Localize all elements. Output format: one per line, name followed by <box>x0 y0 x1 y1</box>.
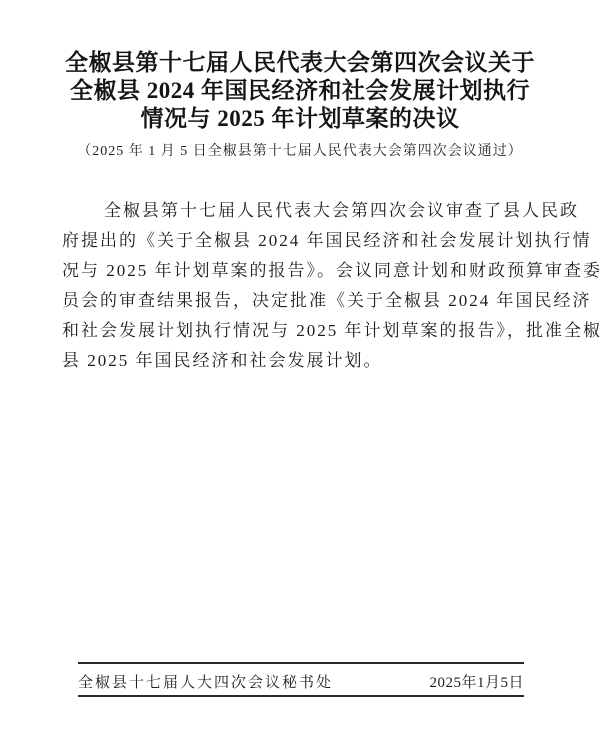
footer-date: 2025年1月5日 <box>429 671 524 692</box>
title-line-3: 情况与 2025 年计划草案的决议 <box>0 105 600 133</box>
body-line-3: 况与 2025 年计划草案的报告》。会议同意计划和财政预算审查委 <box>62 256 529 286</box>
footer-issuer: 全椒县十七届人大四次会议秘书处 <box>78 671 333 692</box>
body-line-6: 县 2025 年国民经济和社会发展计划。 <box>62 346 529 376</box>
body-line-5: 和社会发展计划执行情况与 2025 年计划草案的报告》，批准全椒 <box>62 316 529 346</box>
body-line-1: 全椒县第十七届人民代表大会第四次会议审查了县人民政 <box>62 196 529 226</box>
body-line-2: 府提出的《关于全椒县 2024 年国民经济和社会发展计划执行情 <box>62 226 529 256</box>
document-title: 全椒县第十七届人民代表大会第四次会议关于 全椒县 2024 年国民经济和社会发展… <box>0 0 600 133</box>
footer: 全椒县十七届人大四次会议秘书处 2025年1月5日 <box>78 662 524 697</box>
body-line-4: 员会的审查结果报告，决定批准《关于全椒县 2024 年国民经济 <box>62 286 529 316</box>
footer-signature-line: 全椒县十七届人大四次会议秘书处 2025年1月5日 <box>78 664 524 697</box>
title-line-2: 全椒县 2024 年国民经济和社会发展计划执行 <box>0 77 600 105</box>
body-paragraph: 全椒县第十七届人民代表大会第四次会议审查了县人民政 府提出的《关于全椒县 202… <box>62 196 529 376</box>
adoption-note: （2025 年 1 月 5 日全椒县第十七届人民代表大会第四次会议通过） <box>0 142 600 162</box>
document-page: 全椒县第十七届人民代表大会第四次会议关于 全椒县 2024 年国民经济和社会发展… <box>0 0 600 744</box>
title-line-1: 全椒县第十七届人民代表大会第四次会议关于 <box>0 49 600 77</box>
